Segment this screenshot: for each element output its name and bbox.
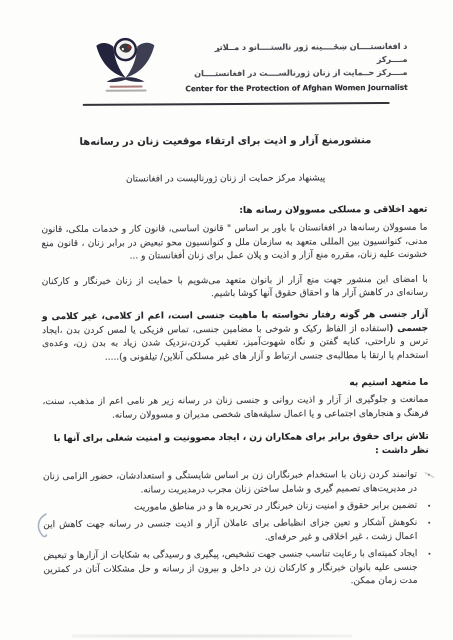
commitments-list: توانمند کردن زنان با استخدام خبرنگاران ز…: [43, 468, 430, 591]
pen-mark: [33, 511, 51, 541]
letterhead: د افغانستــــان ښځــــينه ژور نالستــــا…: [0, 0, 452, 95]
document-subtitle: پیشنهاد مرکز حمایت از زنان ژورنالیست در …: [29, 173, 422, 185]
scanned-document-page: د افغانستــــان ښځــــينه ژور نالستــــا…: [0, 0, 453, 640]
section-heading-equal-rights: تلاش برای حقوق برابر برای همکاران زن ، ا…: [43, 431, 429, 460]
org-logo-icon: [92, 36, 158, 94]
section-heading-we-commit: ما متعهد استیم به: [42, 377, 428, 393]
org-name-block: د افغانستــــان ښځــــينه ژور نالستــــا…: [182, 40, 407, 94]
document-body: تعهد اخلاقی و مسلکی مسوولان رسانه ها: ما…: [41, 204, 429, 591]
paragraph-pledge: با امضای این منشور جهت منع آزار از بانوا…: [42, 273, 428, 302]
paragraph-legal-basis: ما مسوولان رسانه‌ها در افغانستان با باور…: [41, 222, 427, 265]
header-divider: [83, 102, 390, 106]
scan-smudge: [72, 633, 352, 639]
list-item-complaints-committee: ایجاد کمیته‌ای با رعایت تناسب جنسی جهت ت…: [43, 547, 419, 591]
document-title: منشورمنع آزار و اذیت برای ارتقاء موقعیت …: [29, 135, 422, 148]
org-name-pashto: د افغانستــــان ښځــــينه ژور نالستــــا…: [182, 40, 407, 67]
list-item-disciplinary-penalty: نکوهش آشکار و تعین جزای انظباطی برای عام…: [43, 516, 419, 546]
harassment-definition-detail: استفاده از الفاظ رکیک و شوخی با مضامین ج…: [42, 324, 428, 363]
section-heading-ethical-commitment: تعهد اخلاقی و مسلکی مسوولان رسانه ها:: [41, 204, 427, 220]
paragraph-harassment-definition: آزار جنسی هر گونه رفتار نخواسته با ماهیت…: [42, 309, 428, 365]
org-name-dari: مــــرکز حــمايت از زنان ژورنالســــت در…: [182, 66, 407, 80]
org-name-english: Center for the Protection of Afghan Wome…: [183, 83, 408, 94]
paragraph-prevention: ممانعت و جلوگیری از آزار و اذیت روانی و …: [42, 394, 428, 423]
list-item-empowerment: توانمند کردن زنان با استخدام خبرنگاران ز…: [43, 468, 419, 498]
list-item-equal-rights-security: تضمین برابر حقوق و امنیت زنان خبرنگار در…: [43, 499, 419, 516]
